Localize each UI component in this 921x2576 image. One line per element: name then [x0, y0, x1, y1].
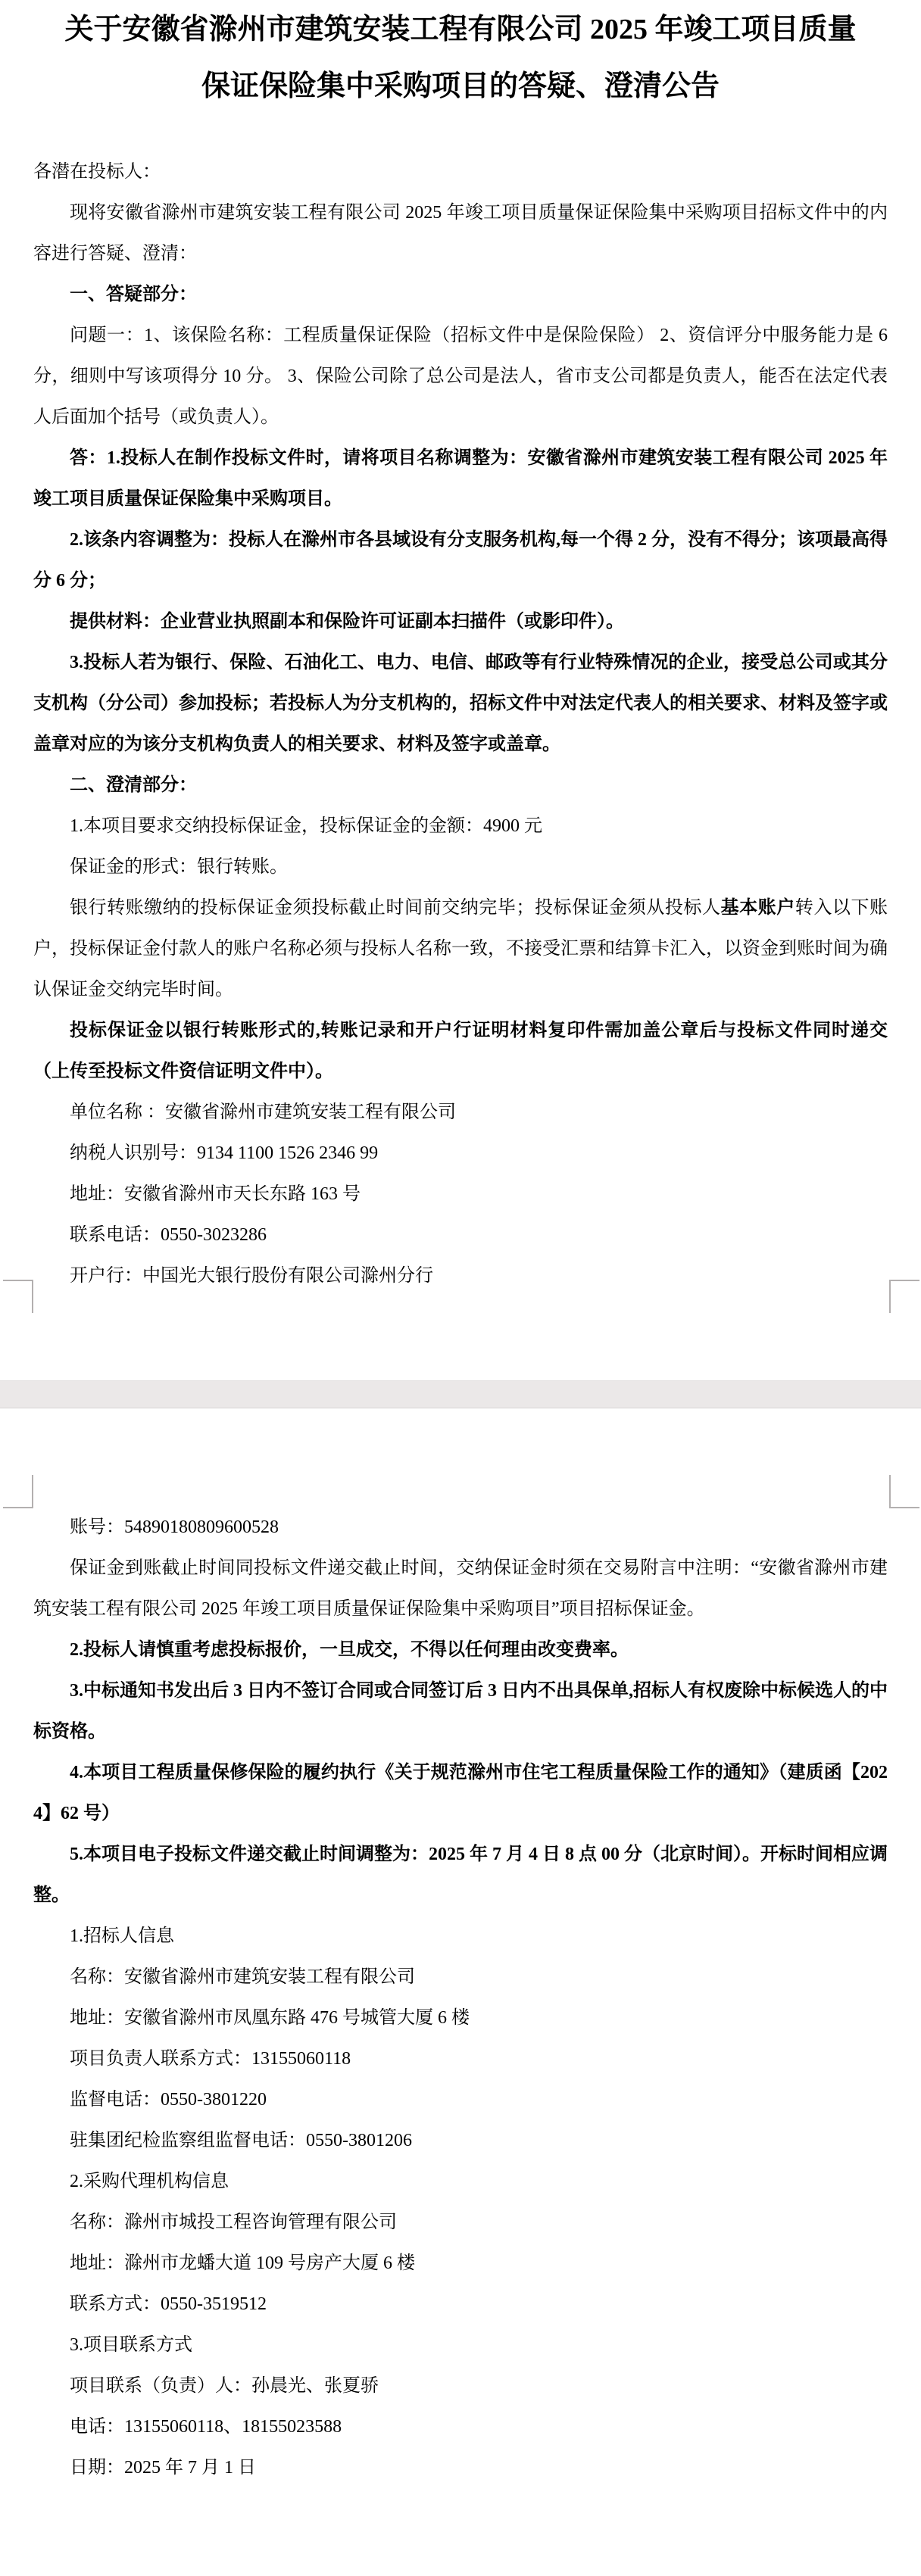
account-bank: 开户行：中国光大银行股份有限公司滁州分行	[33, 1255, 888, 1296]
account-number: 账号：54890180809600528	[33, 1507, 888, 1548]
agency-phone: 联系方式：0550-3519512	[33, 2284, 888, 2325]
deadline-note-paragraph: 保证金到账截止时间同投标文件递交截止时间，交纳保证金时须在交易附言中注明：“安徽…	[33, 1548, 888, 1629]
question1-paragraph: 问题一：1、该保险名称：工程质量保证保险（招标文件中是保险保险） 2、资信评分中…	[33, 315, 888, 438]
deposit-form-paragraph: 保证金的形式：银行转账。	[33, 847, 888, 887]
page-title: 关于安徽省滁州市建筑安装工程有限公司 2025 年竣工项目质量 保证保险集中采购…	[33, 0, 888, 115]
contact-phones: 电话：13155060118、18155023588	[33, 2406, 888, 2447]
tenderer-name: 名称：安徽省滁州市建筑安装工程有限公司	[33, 1957, 888, 1997]
document-page-1: 关于安徽省滁州市建筑安装工程有限公司 2025 年竣工项目质量 保证保险集中采购…	[0, 0, 921, 1380]
agency-heading: 2.采购代理机构信息	[33, 2161, 888, 2202]
tenderer-discipline-phone: 驻集团纪检监察组监督电话：0550-3801206	[33, 2120, 888, 2161]
clarify3-paragraph: 3.中标通知书发出后 3 日内不签订合同或合同签订后 3 日内不出具保单,招标人…	[33, 1670, 888, 1752]
answer1-paragraph: 答：1.投标人在制作投标文件时，请将项目名称调整为：安徽省滁州市建筑安装工程有限…	[33, 438, 888, 519]
clarify4-paragraph: 4.本项目工程质量保修保险的履约执行《关于规范滁州市住宅工程质量保险工作的通知》…	[33, 1752, 888, 1834]
account-phone: 联系电话：0550-3023286	[33, 1215, 888, 1255]
answer3-paragraph: 3.投标人若为银行、保险、石油化工、电力、电信、邮政等有行业特殊情况的企业，接受…	[33, 642, 888, 765]
transfer-pre: 银行转账缴纳的投标保证金须投标截止时间前交纳完毕；投标保证金须从投标人	[70, 898, 721, 918]
transfer-bold-basic-account: 基本账户	[721, 898, 795, 918]
page2-text-area: 账号：54890180809600528 保证金到账截止时间同投标文件递交截止时…	[33, 1408, 888, 2488]
page1-bottom-left-margin-mark	[3, 1280, 33, 1313]
page2-top-left-margin-mark	[3, 1475, 33, 1508]
submit-note-paragraph: 投标保证金以银行转账形式的,转账记录和开户行证明材料复印件需加盖公章后与投标文件…	[33, 1010, 888, 1092]
materials-paragraph: 提供材料：企业营业执照副本和保险许可证副本扫描件（或影印件）。	[33, 601, 888, 642]
account-tax-id: 纳税人识别号：9134 1100 1526 2346 99	[33, 1133, 888, 1174]
answer2-paragraph: 2.该条内容调整为：投标人在滁州市各县域设有分支服务机构,每一个得 2 分，没有…	[33, 519, 888, 601]
page-separator	[0, 1380, 921, 1408]
page-title-line1: 关于安徽省滁州市建筑安装工程有限公司 2025 年竣工项目质量	[33, 2, 888, 58]
agency-name: 名称：滁州市城投工程咨询管理有限公司	[33, 2202, 888, 2243]
clarify-section-heading: 二、澄清部分：	[33, 765, 888, 806]
tenderer-heading: 1.招标人信息	[33, 1916, 888, 1957]
contact-heading: 3.项目联系方式	[33, 2325, 888, 2365]
page1-bottom-right-margin-mark	[889, 1280, 919, 1313]
transfer-paragraph: 银行转账缴纳的投标保证金须投标截止时间前交纳完毕；投标保证金须从投标人基本账户转…	[33, 887, 888, 1010]
page-title-line2: 保证保险集中采购项目的答疑、澄清公告	[33, 58, 888, 115]
intro-paragraph: 现将安徽省滁州市建筑安装工程有限公司 2025 年竣工项目质量保证保险集中采购项…	[33, 192, 888, 274]
document-page-2: 账号：54890180809600528 保证金到账截止时间同投标文件递交截止时…	[0, 1408, 921, 2576]
agency-address: 地址：滁州市龙蟠大道 109 号房产大厦 6 楼	[33, 2243, 888, 2284]
clarify5-paragraph: 5.本项目电子投标文件递交截止时间调整为：2025 年 7 月 4 日 8 点 …	[33, 1834, 888, 1916]
account-company: 单位名称 ：安徽省滁州市建筑安装工程有限公司	[33, 1092, 888, 1133]
tenderer-address: 地址：安徽省滁州市凤凰东路 476 号城管大厦 6 楼	[33, 1997, 888, 2038]
tenderer-pm-phone: 项目负责人联系方式：13155060118	[33, 2038, 888, 2079]
salutation: 各潜在投标人：	[33, 151, 888, 192]
page1-text-area: 关于安徽省滁州市建筑安装工程有限公司 2025 年竣工项目质量 保证保险集中采购…	[33, 0, 888, 1296]
clarify2-paragraph: 2.投标人请慎重考虑投标报价，一旦成交，不得以任何理由改变费率。	[33, 1629, 888, 1670]
tenderer-supervise-phone: 监督电话：0550-3801220	[33, 2079, 888, 2120]
page2-top-right-margin-mark	[889, 1475, 919, 1508]
account-address: 地址：安徽省滁州市天长东路 163 号	[33, 1174, 888, 1215]
contact-persons: 项目联系（负责）人：孙晨光、张夏骄	[33, 2365, 888, 2406]
deposit-amount-paragraph: 1.本项目要求交纳投标保证金，投标保证金的金额：4900 元	[33, 806, 888, 847]
contact-date: 日期：2025 年 7 月 1 日	[33, 2447, 888, 2488]
qa-section-heading: 一、答疑部分：	[33, 274, 888, 315]
